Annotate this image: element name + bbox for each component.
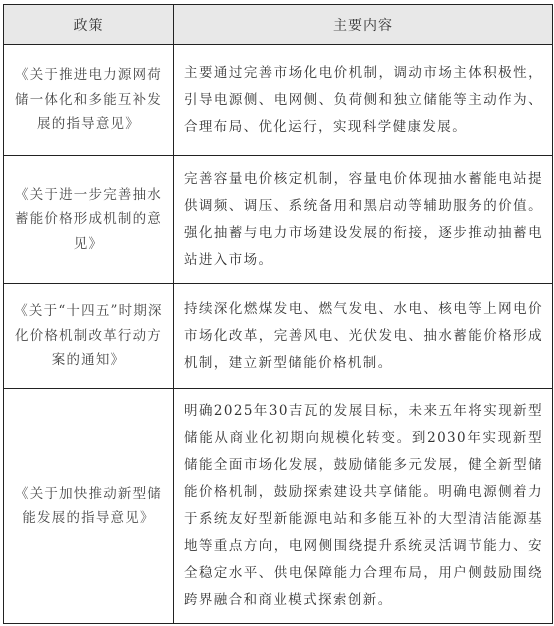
- content-cell: 主要通过完善市场化电价机制，调动市场主体积极性，引导电源侧、电网侧、负荷侧和独立…: [174, 45, 553, 156]
- policy-cell: 《关于进一步完善抽水蓄能价格形成机制的意见》: [4, 156, 174, 284]
- table-row: 《关于进一步完善抽水蓄能价格形成机制的意见》 完善容量电价核定机制，容量电价体现…: [4, 156, 553, 284]
- header-policy: 政策: [4, 5, 174, 45]
- policy-cell: 《关于“十四五”时期深化价格机制改革行动方案的通知》: [4, 284, 174, 389]
- policy-cell: 《关于加快推动新型储能发展的指导意见》: [4, 389, 174, 624]
- table-row: 《关于推进电力源网荷储一体化和多能互补发展的指导意见》 主要通过完善市场化电价机…: [4, 45, 553, 156]
- table-row: 《关于“十四五”时期深化价格机制改革行动方案的通知》 持续深化燃煤发电、燃气发电…: [4, 284, 553, 389]
- content-cell: 明确2025年30吉瓦的发展目标，未来五年将实现新型储能从商业化初期向规模化转变…: [174, 389, 553, 624]
- header-main-content: 主要内容: [174, 5, 553, 45]
- table-row: 《关于加快推动新型储能发展的指导意见》 明确2025年30吉瓦的发展目标，未来五…: [4, 389, 553, 624]
- table-header-row: 政策 主要内容: [4, 5, 553, 45]
- policy-table: 政策 主要内容 《关于推进电力源网荷储一体化和多能互补发展的指导意见》 主要通过…: [3, 4, 553, 624]
- content-cell: 持续深化燃煤发电、燃气发电、水电、核电等上网电价市场化改革，完善风电、光伏发电、…: [174, 284, 553, 389]
- policy-cell: 《关于推进电力源网荷储一体化和多能互补发展的指导意见》: [4, 45, 174, 156]
- content-cell: 完善容量电价核定机制，容量电价体现抽水蓄能电站提供调频、调压、系统备用和黑启动等…: [174, 156, 553, 284]
